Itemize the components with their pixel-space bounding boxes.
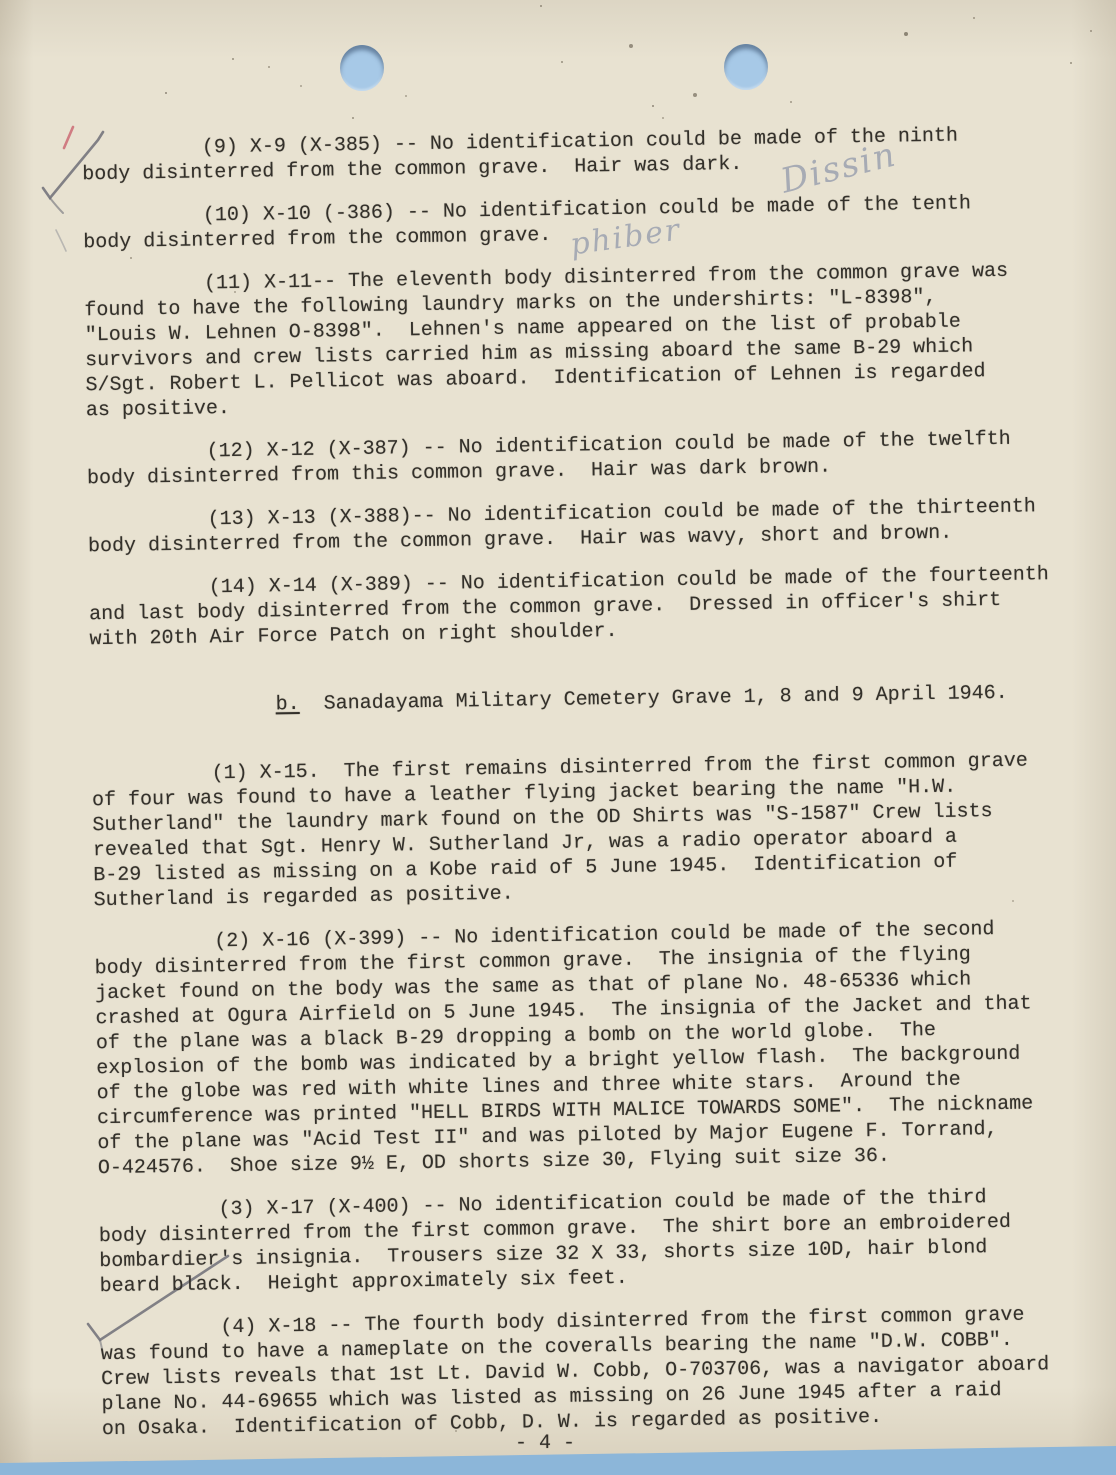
section-heading-label: b. [275, 693, 299, 716]
paragraph-12: (12) X-12 (X-387) -- No identification c… [86, 426, 1087, 492]
paragraph-14: (14) X-14 (X-389) -- No identification c… [89, 562, 1090, 653]
paragraph-10: (10) X-10 (-386) -- No identification co… [83, 190, 1084, 256]
paper-speckles [0, 0, 2, 2]
paragraph-1: (1) X-15. The first remains disinterred … [91, 748, 1093, 914]
section-heading-text: Sanadayama Military Cemetery Grave 1, 8 … [299, 682, 1007, 716]
typed-text-block: (9) X-9 (X-385) -- No identification cou… [82, 122, 1103, 1461]
paragraph-13: (13) X-13 (X-388)-- No identification co… [88, 494, 1089, 560]
paragraph-9: (9) X-9 (X-385) -- No identification cou… [82, 122, 1083, 188]
hole-punch-right [724, 44, 768, 90]
section-heading: b. Sanadayama Military Cemetery Grave 1,… [90, 655, 1091, 746]
paragraph-4: (4) X-18 -- The fourth body disinterred … [100, 1301, 1102, 1442]
hole-punch-left [340, 45, 384, 91]
paragraph-11: (11) X-11-- The eleventh body disinterre… [84, 258, 1086, 424]
page-number: - 4 - [0, 1432, 1090, 1455]
document-page: (9) X-9 (X-385) -- No identification cou… [0, 0, 1116, 1475]
paragraph-2: (2) X-16 (X-399) -- No identification co… [94, 916, 1098, 1182]
paragraph-3: (3) X-17 (X-400) -- No identification co… [98, 1183, 1099, 1299]
